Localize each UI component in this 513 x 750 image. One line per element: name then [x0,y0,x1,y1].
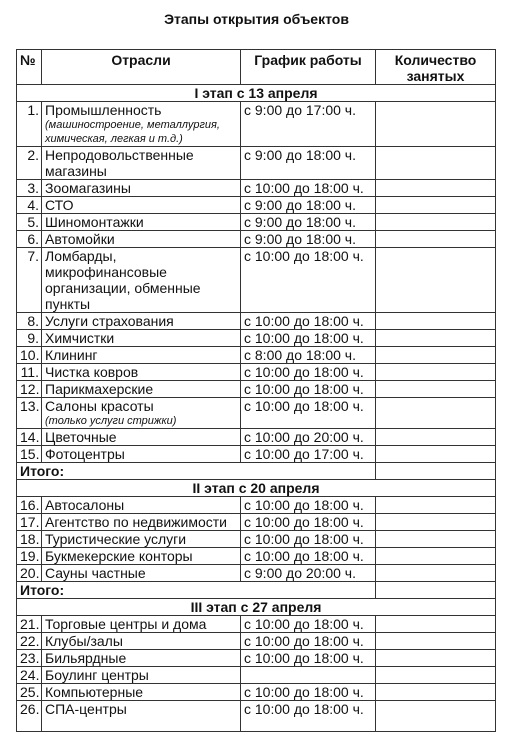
total-label: Итого: [17,463,376,480]
industry-cell: Букмекерские конторы [42,548,241,565]
schedule-cell: с 10:00 до 18:00 ч. [241,684,376,701]
employees-cell [376,347,496,364]
industry-cell: Ломбарды, микрофинансовые организации, о… [42,248,241,313]
employees-cell [376,633,496,650]
schedule-cell: с 10:00 до 20:00 ч. [241,429,376,446]
row-number: 1. [17,102,42,147]
row-number: 23. [17,650,42,667]
schedule-cell: с 10:00 до 18:00 ч. [241,701,376,732]
industry-name: Фотоцентры [45,446,125,462]
industry-cell: Сауны частные [42,565,241,582]
stages-table: № Отрасли График работы Количество занят… [16,49,496,732]
table-row: 14. Цветочные с 10:00 до 20:00 ч. [17,429,496,446]
table-row: 10. Клининг с 8:00 до 18:00 ч. [17,347,496,364]
industry-cell: Автомойки [42,231,241,248]
stage-row: II этап с 20 апреля [17,480,496,497]
employees-cell [376,381,496,398]
industry-cell: Боулинг центры [42,667,241,684]
industry-cell: Автосалоны [42,497,241,514]
table-row: 13. Салоны красоты(только услуги стрижки… [17,398,496,429]
table-row: 3. Зоомагазины с 10:00 до 18:00 ч. [17,180,496,197]
industry-name: Зоомагазины [45,180,131,196]
employees-cell [376,102,496,147]
total-row: Итого: [17,582,496,599]
industry-cell: СПА-центры [42,701,241,732]
industry-cell: Клубы/залы [42,633,241,650]
schedule-cell: с 10:00 до 18:00 ч. [241,330,376,347]
schedule-cell: с 10:00 до 18:00 ч. [241,180,376,197]
row-number: 13. [17,398,42,429]
industry-name: Компьютерные [45,684,143,700]
table-row: 9. Химчистки с 10:00 до 18:00 ч. [17,330,496,347]
employees-cell [376,330,496,347]
employees-cell [376,650,496,667]
industry-name: Клининг [45,347,98,363]
industry-name: Автомойки [45,231,115,247]
industry-name: Автосалоны [45,497,124,513]
table-row: 24. Боулинг центры [17,667,496,684]
employees-cell [376,548,496,565]
row-number: 8. [17,313,42,330]
row-number: 12. [17,381,42,398]
schedule-cell: с 10:00 до 18:00 ч. [241,633,376,650]
row-number: 3. [17,180,42,197]
employees-cell [376,684,496,701]
schedule-cell [241,667,376,684]
employees-cell [376,214,496,231]
stage-row: III этап с 27 апреля [17,599,496,616]
row-number: 2. [17,147,42,180]
table-row: 1. Промышленность(машиностроение, металл… [17,102,496,147]
row-number: 24. [17,667,42,684]
table-row: 11. Чистка ковров с 10:00 до 18:00 ч. [17,364,496,381]
industry-cell: Промышленность(машиностроение, металлург… [42,102,241,147]
row-number: 16. [17,497,42,514]
industry-name: СПА-центры [45,701,127,717]
table-row: 21. Торговые центры и дома с 10:00 до 18… [17,616,496,633]
schedule-cell: с 8:00 до 18:00 ч. [241,347,376,364]
table-row: 4. СТО с 9:00 до 18:00 ч. [17,197,496,214]
schedule-cell: с 10:00 до 18:00 ч. [241,381,376,398]
employees-cell [376,565,496,582]
table-row: 23. Бильярдные с 10:00 до 18:00 ч. [17,650,496,667]
row-number: 11. [17,364,42,381]
table-row: 7. Ломбарды, микрофинансовые организации… [17,248,496,313]
table-row: 19. Букмекерские конторы с 10:00 до 18:0… [17,548,496,565]
row-number: 26. [17,701,42,732]
schedule-cell: с 10:00 до 18:00 ч. [241,364,376,381]
industry-cell: Цветочные [42,429,241,446]
table-header-row: № Отрасли График работы Количество занят… [17,50,496,85]
employees-cell [376,616,496,633]
industry-name: Туристические услуги [45,531,186,547]
industry-cell: Бильярдные [42,650,241,667]
row-number: 4. [17,197,42,214]
schedule-cell: с 10:00 до 18:00 ч. [241,548,376,565]
row-number: 18. [17,531,42,548]
table-row: 26. СПА-центры с 10:00 до 18:00 ч. [17,701,496,732]
row-number: 5. [17,214,42,231]
industry-cell: Фотоцентры [42,446,241,463]
schedule-cell: с 9:00 до 17:00 ч. [241,102,376,147]
industry-cell: Непродовольственные магазины [42,147,241,180]
table-body: I этап с 13 апреля1. Промышленность(маши… [17,85,496,732]
industry-cell: Компьютерные [42,684,241,701]
industry-name: Парикмахерские [45,381,153,397]
row-number: 14. [17,429,42,446]
row-number: 17. [17,514,42,531]
row-number: 15. [17,446,42,463]
total-value-cell [376,463,496,480]
industry-name: Торговые центры и дома [45,616,206,632]
schedule-cell: с 9:00 до 18:00 ч. [241,214,376,231]
stage-row: I этап с 13 апреля [17,85,496,102]
row-number: 19. [17,548,42,565]
industry-name: Ломбарды, микрофинансовые организации, о… [45,248,201,312]
industry-name: Чистка ковров [45,364,138,380]
industry-cell: Туристические услуги [42,531,241,548]
industry-name: Бильярдные [45,650,126,666]
table-row: 2. Непродовольственные магазины с 9:00 д… [17,147,496,180]
table-row: 12. Парикмахерские с 10:00 до 18:00 ч. [17,381,496,398]
schedule-cell: с 10:00 до 18:00 ч. [241,497,376,514]
schedule-cell: с 9:00 до 20:00 ч. [241,565,376,582]
employees-cell [376,446,496,463]
industry-name: Промышленность [45,102,161,118]
employees-cell [376,398,496,429]
table-row: 16. Автосалоны с 10:00 до 18:00 ч. [17,497,496,514]
row-number: 22. [17,633,42,650]
industry-name: СТО [45,197,73,213]
row-number: 25. [17,684,42,701]
industry-name: Шиномонтажки [45,214,144,230]
employees-cell [376,364,496,381]
schedule-cell: с 10:00 до 17:00 ч. [241,446,376,463]
table-row: 18. Туристические услуги с 10:00 до 18:0… [17,531,496,548]
stage-label: II этап с 20 апреля [17,480,496,497]
industry-name: Салоны красоты [45,398,154,414]
row-number: 21. [17,616,42,633]
table-row: 17. Агентство по недвижимости с 10:00 до… [17,514,496,531]
employees-cell [376,701,496,732]
stage-label: I этап с 13 апреля [17,85,496,102]
header-number: № [17,50,42,85]
industry-cell: Чистка ковров [42,364,241,381]
total-label: Итого: [17,582,376,599]
industry-name: Сауны частные [45,565,146,581]
industry-cell: Клининг [42,347,241,364]
industry-name: Услуги страхования [45,313,174,329]
industry-cell: Торговые центры и дома [42,616,241,633]
employees-cell [376,531,496,548]
schedule-cell: с 10:00 до 18:00 ч. [241,248,376,313]
row-number: 7. [17,248,42,313]
industry-name: Непродовольственные магазины [45,147,194,179]
header-schedule: График работы [241,50,376,85]
total-row: Итого: [17,463,496,480]
row-number: 10. [17,347,42,364]
employees-cell [376,313,496,330]
employees-cell [376,514,496,531]
table-row: 5. Шиномонтажки с 9:00 до 18:00 ч. [17,214,496,231]
industry-cell: Агентство по недвижимости [42,514,241,531]
employees-cell [376,180,496,197]
industry-note: (машиностроение, металлургия, химическая… [45,118,237,146]
industry-cell: Услуги страхования [42,313,241,330]
row-number: 20. [17,565,42,582]
stage-label: III этап с 27 апреля [17,599,496,616]
industry-name: Химчистки [45,330,114,346]
employees-cell [376,497,496,514]
industry-cell: Химчистки [42,330,241,347]
schedule-cell: с 9:00 до 18:00 ч. [241,147,376,180]
industry-cell: Салоны красоты(только услуги стрижки) [42,398,241,429]
row-number: 6. [17,231,42,248]
table-row: 22. Клубы/залы с 10:00 до 18:00 ч. [17,633,496,650]
industry-name: Букмекерские конторы [45,548,193,564]
table-row: 25. Компьютерные с 10:00 до 18:00 ч. [17,684,496,701]
employees-cell [376,147,496,180]
schedule-cell: с 10:00 до 18:00 ч. [241,398,376,429]
industry-cell: Зоомагазины [42,180,241,197]
header-industry: Отрасли [42,50,241,85]
industry-name: Клубы/залы [45,633,123,649]
industry-cell: СТО [42,197,241,214]
schedule-cell: с 10:00 до 18:00 ч. [241,531,376,548]
row-number: 9. [17,330,42,347]
schedule-cell: с 10:00 до 18:00 ч. [241,313,376,330]
schedule-cell: с 9:00 до 18:00 ч. [241,197,376,214]
employees-cell [376,231,496,248]
employees-cell [376,667,496,684]
industry-cell: Шиномонтажки [42,214,241,231]
document-title: Этапы открытия объектов [0,11,513,27]
total-value-cell [376,582,496,599]
header-employees: Количество занятых [376,50,496,85]
schedule-cell: с 10:00 до 18:00 ч. [241,514,376,531]
industry-cell: Парикмахерские [42,381,241,398]
industry-name: Цветочные [45,429,117,445]
schedule-cell: с 9:00 до 18:00 ч. [241,231,376,248]
industry-note: (только услуги стрижки) [45,414,237,428]
employees-cell [376,429,496,446]
employees-cell [376,197,496,214]
table-row: 15. Фотоцентры с 10:00 до 17:00 ч. [17,446,496,463]
industry-name: Боулинг центры [45,667,149,683]
table-row: 6. Автомойки с 9:00 до 18:00 ч. [17,231,496,248]
table-row: 8. Услуги страхования с 10:00 до 18:00 ч… [17,313,496,330]
industry-name: Агентство по недвижимости [45,514,227,530]
table-row: 20. Сауны частные с 9:00 до 20:00 ч. [17,565,496,582]
schedule-cell: с 10:00 до 18:00 ч. [241,616,376,633]
employees-cell [376,248,496,313]
schedule-cell: с 10:00 до 18:00 ч. [241,650,376,667]
